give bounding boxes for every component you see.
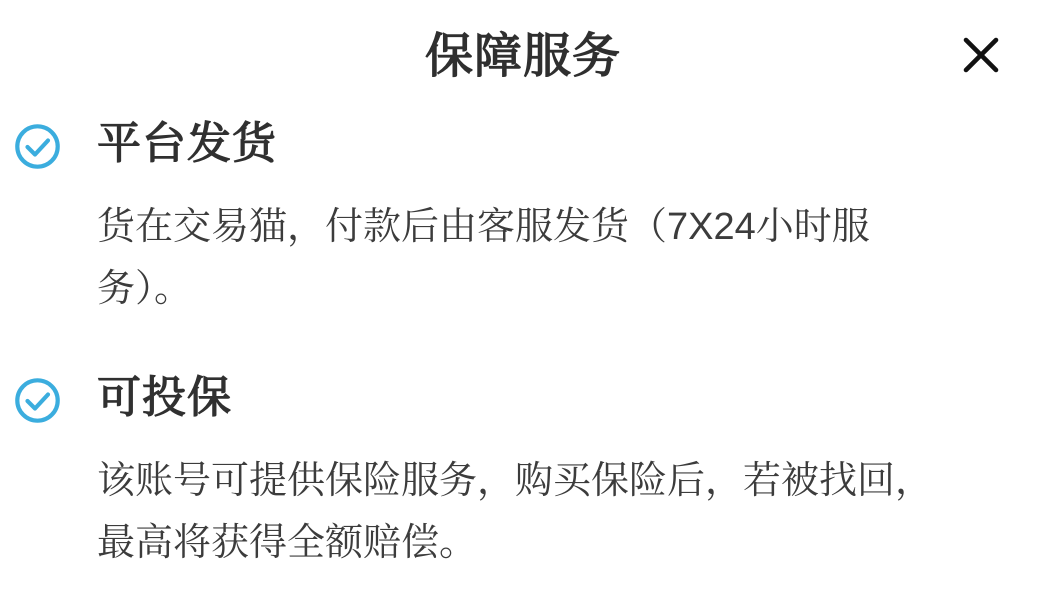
description-line: 务）。 [97, 258, 870, 320]
description-line: 最高将获得全额赔偿。 [97, 512, 933, 574]
close-icon [958, 32, 1004, 78]
service-item-platform-delivery: 平台发货 货在交易猫，付款后由客服发货（7X24小时服 务）。 [0, 118, 1046, 320]
service-description: 货在交易猫，付款后由客服发货（7X24小时服 务）。 [97, 196, 870, 320]
dialog-header: 保障服务 [0, 0, 1046, 92]
service-description: 该账号可提供保险服务，购买保险后，若被找回， 最高将获得全额赔偿。 [97, 450, 933, 574]
check-circle-icon [14, 377, 61, 424]
check-circle-icon [14, 123, 61, 170]
service-item-content: 平台发货 货在交易猫，付款后由客服发货（7X24小时服 务）。 [97, 118, 870, 320]
description-line: 该账号可提供保险服务，购买保险后，若被找回， [97, 450, 933, 512]
service-heading: 平台发货 [97, 118, 870, 170]
guarantee-service-dialog: 保障服务 平台发货 货在交易猫，付款后由客服发货（7X24小时服 务）。 可投 [0, 0, 1046, 603]
dialog-title: 保障服务 [0, 30, 1046, 84]
close-button[interactable] [956, 30, 1006, 80]
description-line: 货在交易猫，付款后由客服发货（7X24小时服 [97, 196, 870, 258]
service-heading: 可投保 [97, 372, 933, 424]
service-item-content: 可投保 该账号可提供保险服务，购买保险后，若被找回， 最高将获得全额赔偿。 [97, 372, 933, 574]
service-item-insurable: 可投保 该账号可提供保险服务，购买保险后，若被找回， 最高将获得全额赔偿。 [0, 372, 1046, 574]
